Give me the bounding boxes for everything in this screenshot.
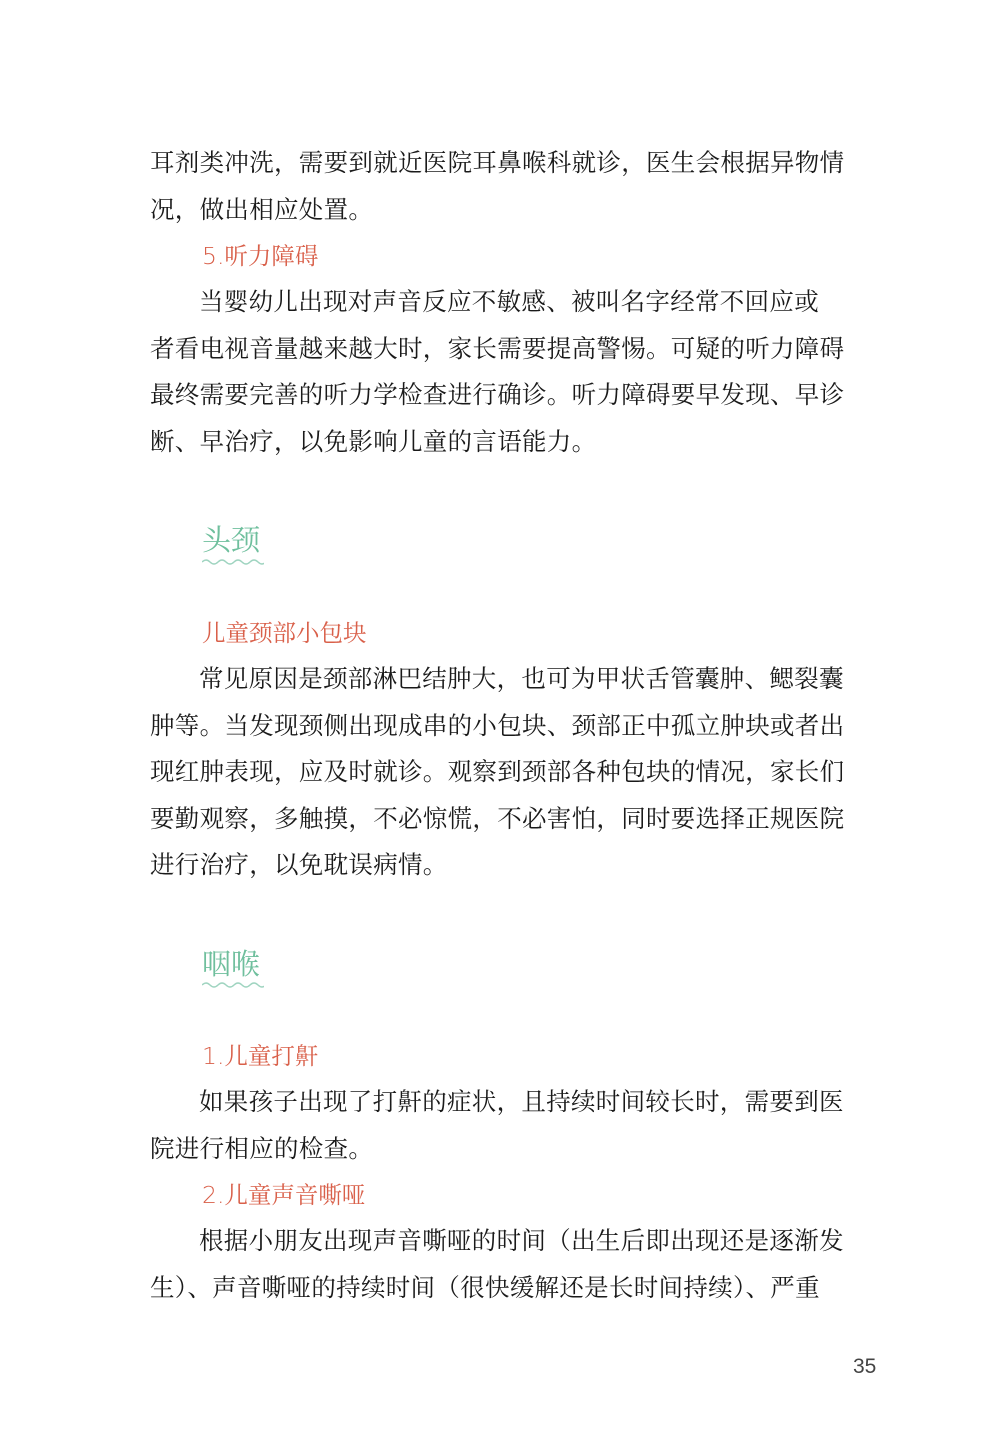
wave-underline-icon [202,981,264,989]
text-line: 断、早治疗，以免影响儿童的言语能力。 [150,419,880,466]
text-line: 生）、声音嘶哑的持续时间（很快缓解还是长时间持续）、严重 [150,1265,880,1312]
text-line: 最终需要完善的听力学检查进行确诊。听力障碍要早发现、早诊 [150,372,880,419]
text-line: 根据小朋友出现声音嘶哑的时间（出生后即出现还是逐渐发 [150,1218,880,1265]
subheading-neck-lumps: 儿童颈部小包块 [150,610,880,656]
section-head-neck-content: 儿童颈部小包块 常见原因是颈部淋巴结肿大，也可为甲状舌管囊肿、鳃裂囊 肿等。当发… [150,610,880,889]
text-line: 院进行相应的检查。 [150,1126,880,1173]
page-number: 35 [853,1355,876,1379]
text-line: 进行治疗，以免耽误病情。 [150,842,880,889]
text-line: 现红肿表现，应及时就诊。观察到颈部各种包块的情况，家长们 [150,749,880,796]
section-title-head-neck: 头颈 [202,518,260,559]
text-line: 肿等。当发现颈侧出现成串的小包块、颈部正中孤立肿块或者出 [150,703,880,750]
subheading-hearing-impairment: 5.听力障碍 [150,233,880,279]
text-line: 耳剂类冲洗，需要到就近医院耳鼻喉科就诊，医生会根据异物情 [150,140,880,187]
text-line: 当婴幼儿出现对声音反应不敏感、被叫名字经常不回应或 [150,279,880,326]
text-line: 者看电视音量越来越大时，家长需要提高警惕。可疑的听力障碍 [150,326,880,373]
text-line: 要勤观察，多触摸，不必惊慌，不必害怕，同时要选择正规医院 [150,796,880,843]
text-line: 常见原因是颈部淋巴结肿大，也可为甲状舌管囊肿、鳃裂囊 [150,656,880,703]
text-line: 如果孩子出现了打鼾的症状，且持续时间较长时，需要到医 [150,1079,880,1126]
paragraph-ear-foreign-body: 耳剂类冲洗，需要到就近医院耳鼻喉科就诊，医生会根据异物情 况，做出相应处置。 5… [150,140,880,465]
subheading-snoring: 1.儿童打鼾 [150,1033,880,1079]
section-title-throat: 咽喉 [202,942,260,983]
text-line: 况，做出相应处置。 [150,187,880,234]
section-throat-content: 1.儿童打鼾 如果孩子出现了打鼾的症状，且持续时间较长时，需要到医 院进行相应的… [150,1033,880,1311]
subheading-hoarseness: 2.儿童声音嘶哑 [150,1172,880,1218]
wave-underline-icon [202,558,264,566]
